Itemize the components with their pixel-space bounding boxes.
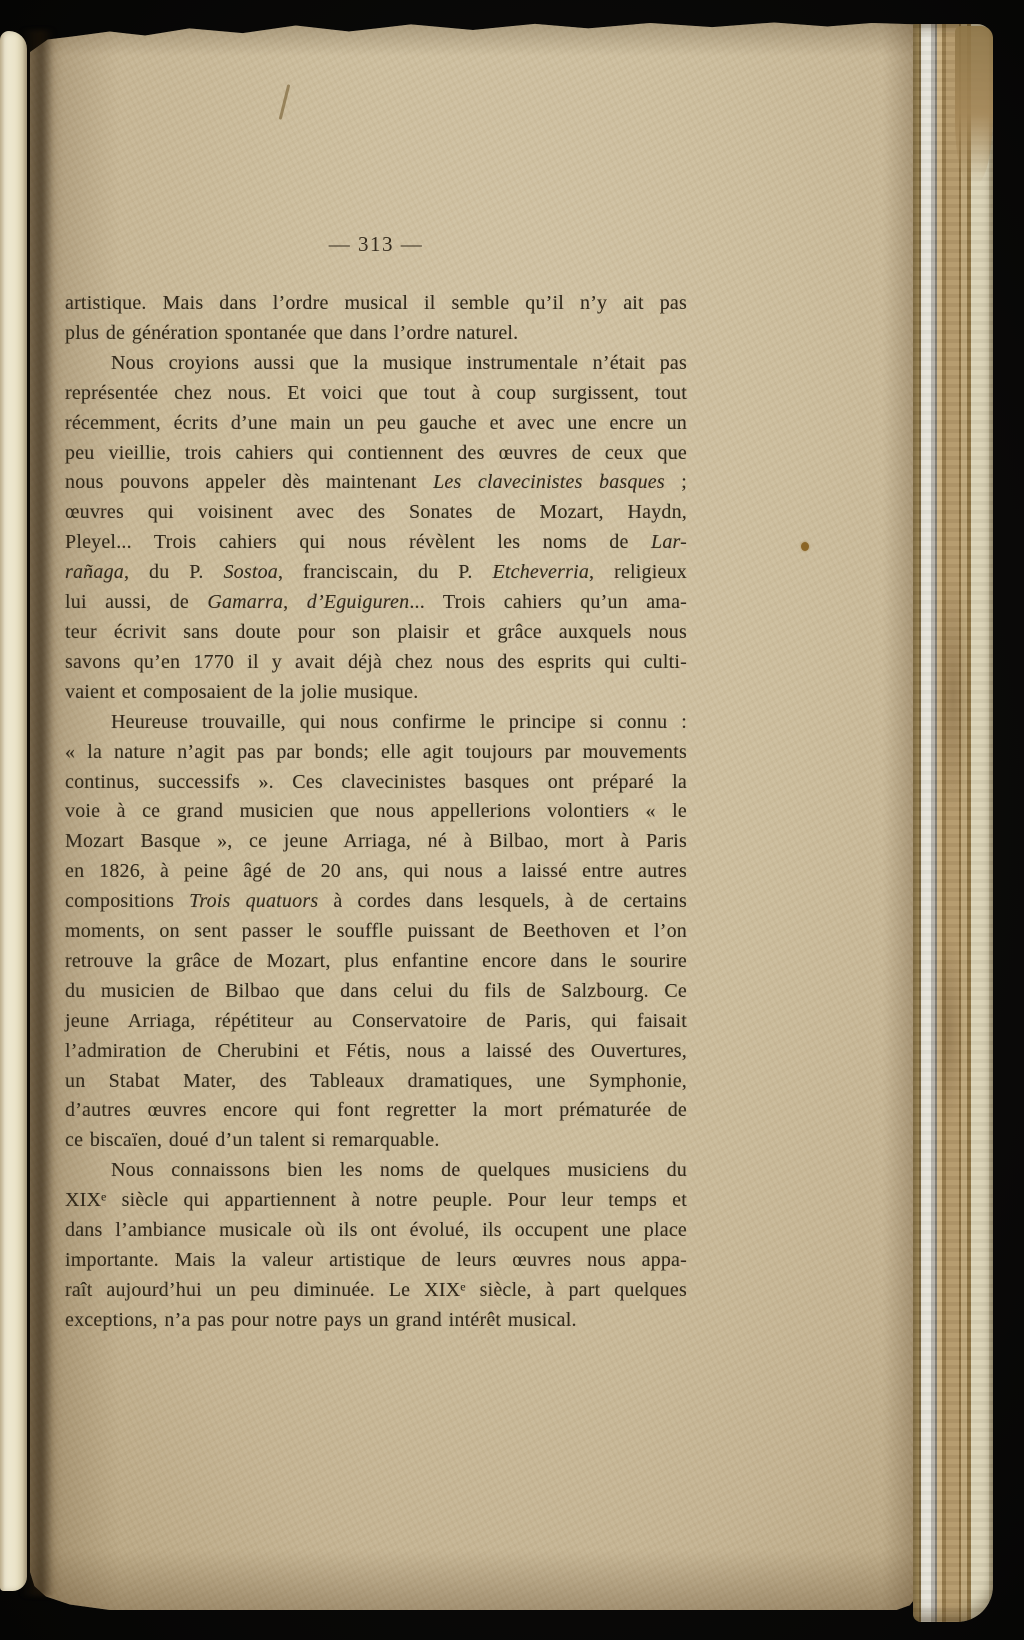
body-text: ... Trois cahiers qu’un ama- xyxy=(409,591,687,613)
text-line: lui aussi, de Gamarra, d’Eguiguren... Tr… xyxy=(65,588,687,618)
text-line: Mozart Basque », ce jeune Arriaga, né à … xyxy=(65,827,687,857)
body-text: jeune Arriaga, répétiteur au Conservatoi… xyxy=(65,1010,687,1032)
body-text: , du P. xyxy=(124,561,223,583)
text-block: artistique. Mais dans l’ordre musical il… xyxy=(65,289,687,1336)
text-line: Pleyel... Trois cahiers qui nous révèlen… xyxy=(65,528,687,558)
text-line: œuvres qui voisinent avec des Sonates de… xyxy=(65,498,687,528)
body-text: Pleyel... Trois cahiers qui nous révèlen… xyxy=(65,531,651,553)
page-number: — 313 — xyxy=(65,232,687,257)
body-text: , religieux xyxy=(589,561,687,583)
body-text: du musicien de Bilbao que dans celui du … xyxy=(65,980,687,1002)
text-line: jeune Arriaga, répétiteur au Conservatoi… xyxy=(65,1007,687,1037)
body-text: retrouve la grâce de Mozart, plus enfant… xyxy=(65,950,687,972)
paragraph: artistique. Mais dans l’ordre musical il… xyxy=(65,289,687,349)
body-text: raît aujourd’hui un peu diminuée. Le XIX… xyxy=(65,1279,687,1301)
body-text: XIXᵉ siècle qui appartiennent à notre pe… xyxy=(65,1189,687,1211)
italic-text: Les clavecinistes basques xyxy=(433,471,665,493)
book-scan: — 313 — artistique. Mais dans l’ordre mu… xyxy=(0,0,1024,1640)
text-line: artistique. Mais dans l’ordre musical il… xyxy=(65,289,687,319)
text-line: teur écrivit sans doute pour son plaisir… xyxy=(65,618,687,648)
text-line: importante. Mais la valeur artistique de… xyxy=(65,1246,687,1276)
body-text: peu vieillie, trois cahiers qui contienn… xyxy=(65,442,687,464)
body-text: un Stabat Mater, des Tableaux dramatique… xyxy=(65,1070,687,1092)
body-text: nous pouvons appeler dès maintenant xyxy=(65,471,433,493)
text-line: exceptions, n’a pas pour notre pays un g… xyxy=(65,1306,687,1336)
text-line: plus de génération spontanée que dans l’… xyxy=(65,319,687,349)
body-text: , xyxy=(283,591,307,613)
text-line: raît aujourd’hui un peu diminuée. Le XIX… xyxy=(65,1276,687,1306)
text-line: XIXᵉ siècle qui appartiennent à notre pe… xyxy=(65,1186,687,1216)
body-text: représentée chez nous. Et voici que tout… xyxy=(65,382,687,404)
text-line: savons qu’en 1770 il y avait déjà chez n… xyxy=(65,648,687,678)
italic-text: Gamarra xyxy=(207,591,283,613)
text-line: peu vieillie, trois cahiers qui contienn… xyxy=(65,439,687,469)
body-text: exceptions, n’a pas pour notre pays un g… xyxy=(65,1309,577,1331)
body-text: continus, successifs ». Ces claveciniste… xyxy=(65,771,687,793)
gutter-shadow xyxy=(21,30,54,1596)
text-line: Nous croyions aussi que la musique instr… xyxy=(65,349,687,379)
body-text: artistique. Mais dans l’ordre musical il… xyxy=(65,292,687,314)
text-line: « la nature n’agit pas par bonds; elle a… xyxy=(65,738,687,768)
italic-text: Etcheverria xyxy=(492,561,589,583)
body-text: œuvres qui voisinent avec des Sonates de… xyxy=(65,501,687,523)
text-line: du musicien de Bilbao que dans celui du … xyxy=(65,977,687,1007)
body-text: ; xyxy=(665,471,687,493)
text-line: voie à ce grand musicien que nous appell… xyxy=(65,797,687,827)
body-text: l’admiration de Cherubini et Fétis, nous… xyxy=(65,1040,687,1062)
body-text: plus de génération spontanée que dans l’… xyxy=(65,322,518,344)
italic-text: Lar- xyxy=(651,531,687,553)
torn-corner xyxy=(955,26,993,184)
body-text: teur écrivit sans doute pour son plaisir… xyxy=(65,621,687,643)
text-line: compositions Trois quatuors à cordes dan… xyxy=(65,887,687,917)
body-text: voie à ce grand musicien que nous appell… xyxy=(65,800,687,822)
body-text: moments, on sent passer le souffle puiss… xyxy=(65,920,687,942)
body-text: à cordes dans lesquels, à de certains xyxy=(318,890,687,912)
body-text: importante. Mais la valeur artistique de… xyxy=(65,1249,687,1271)
fore-edge-texture xyxy=(913,24,993,1622)
italic-text: Trois quatuors xyxy=(189,890,318,912)
paragraph: Nous connaissons bien les noms de quelqu… xyxy=(65,1156,687,1335)
body-text: Mozart Basque », ce jeune Arriaga, né à … xyxy=(65,830,687,852)
body-text: « la nature n’agit pas par bonds; elle a… xyxy=(65,741,687,763)
body-text: Heureuse trouvaille, qui nous confirme l… xyxy=(111,711,687,733)
paragraph: Nous croyions aussi que la musique instr… xyxy=(65,349,687,708)
text-line: en 1826, à peine âgé de 20 ans, qui nous… xyxy=(65,857,687,887)
text-line: continus, successifs ». Ces claveciniste… xyxy=(65,768,687,798)
text-line: moments, on sent passer le souffle puiss… xyxy=(65,917,687,947)
body-text: en 1826, à peine âgé de 20 ans, qui nous… xyxy=(65,860,687,882)
italic-text: Sostoa xyxy=(223,561,278,583)
text-line: représentée chez nous. Et voici que tout… xyxy=(65,379,687,409)
body-text: d’autres œuvres encore qui font regrette… xyxy=(65,1099,687,1121)
body-text: , franciscain, du P. xyxy=(278,561,492,583)
text-line: un Stabat Mater, des Tableaux dramatique… xyxy=(65,1067,687,1097)
text-line: nous pouvons appeler dès maintenant Les … xyxy=(65,468,687,498)
paragraph: Heureuse trouvaille, qui nous confirme l… xyxy=(65,708,687,1157)
text-line: vaient et composaient de la jolie musiqu… xyxy=(65,678,687,708)
body-text: lui aussi, de xyxy=(65,591,207,613)
text-line: retrouve la grâce de Mozart, plus enfant… xyxy=(65,947,687,977)
text-line: ce biscaïen, doué d’un talent si remarqu… xyxy=(65,1126,687,1156)
text-line: l’admiration de Cherubini et Fétis, nous… xyxy=(65,1037,687,1067)
text-line: d’autres œuvres encore qui font regrette… xyxy=(65,1096,687,1126)
body-text: récemment, écrits d’une main un peu gauc… xyxy=(65,412,687,434)
fore-edge-pages xyxy=(913,24,993,1622)
body-text: compositions xyxy=(65,890,189,912)
body-text: vaient et composaient de la jolie musiqu… xyxy=(65,681,418,703)
text-line: récemment, écrits d’une main un peu gauc… xyxy=(65,409,687,439)
text-line: dans l’ambiance musicale où ils ont évol… xyxy=(65,1216,687,1246)
italic-text: d’Eguiguren xyxy=(307,591,410,613)
body-text: savons qu’en 1770 il y avait déjà chez n… xyxy=(65,651,687,673)
text-line: rañaga, du P. Sostoa, franciscain, du P.… xyxy=(65,558,687,588)
body-text: dans l’ambiance musicale où ils ont évol… xyxy=(65,1219,687,1241)
body-text: ce biscaïen, doué d’un talent si remarqu… xyxy=(65,1129,440,1151)
body-text: Nous connaissons bien les noms de quelqu… xyxy=(111,1159,687,1181)
text-line: Nous connaissons bien les noms de quelqu… xyxy=(65,1156,687,1186)
text-line: Heureuse trouvaille, qui nous confirme l… xyxy=(65,708,687,738)
foxing-spot xyxy=(801,542,809,551)
body-text: Nous croyions aussi que la musique instr… xyxy=(111,352,687,374)
italic-text: rañaga xyxy=(65,561,124,583)
